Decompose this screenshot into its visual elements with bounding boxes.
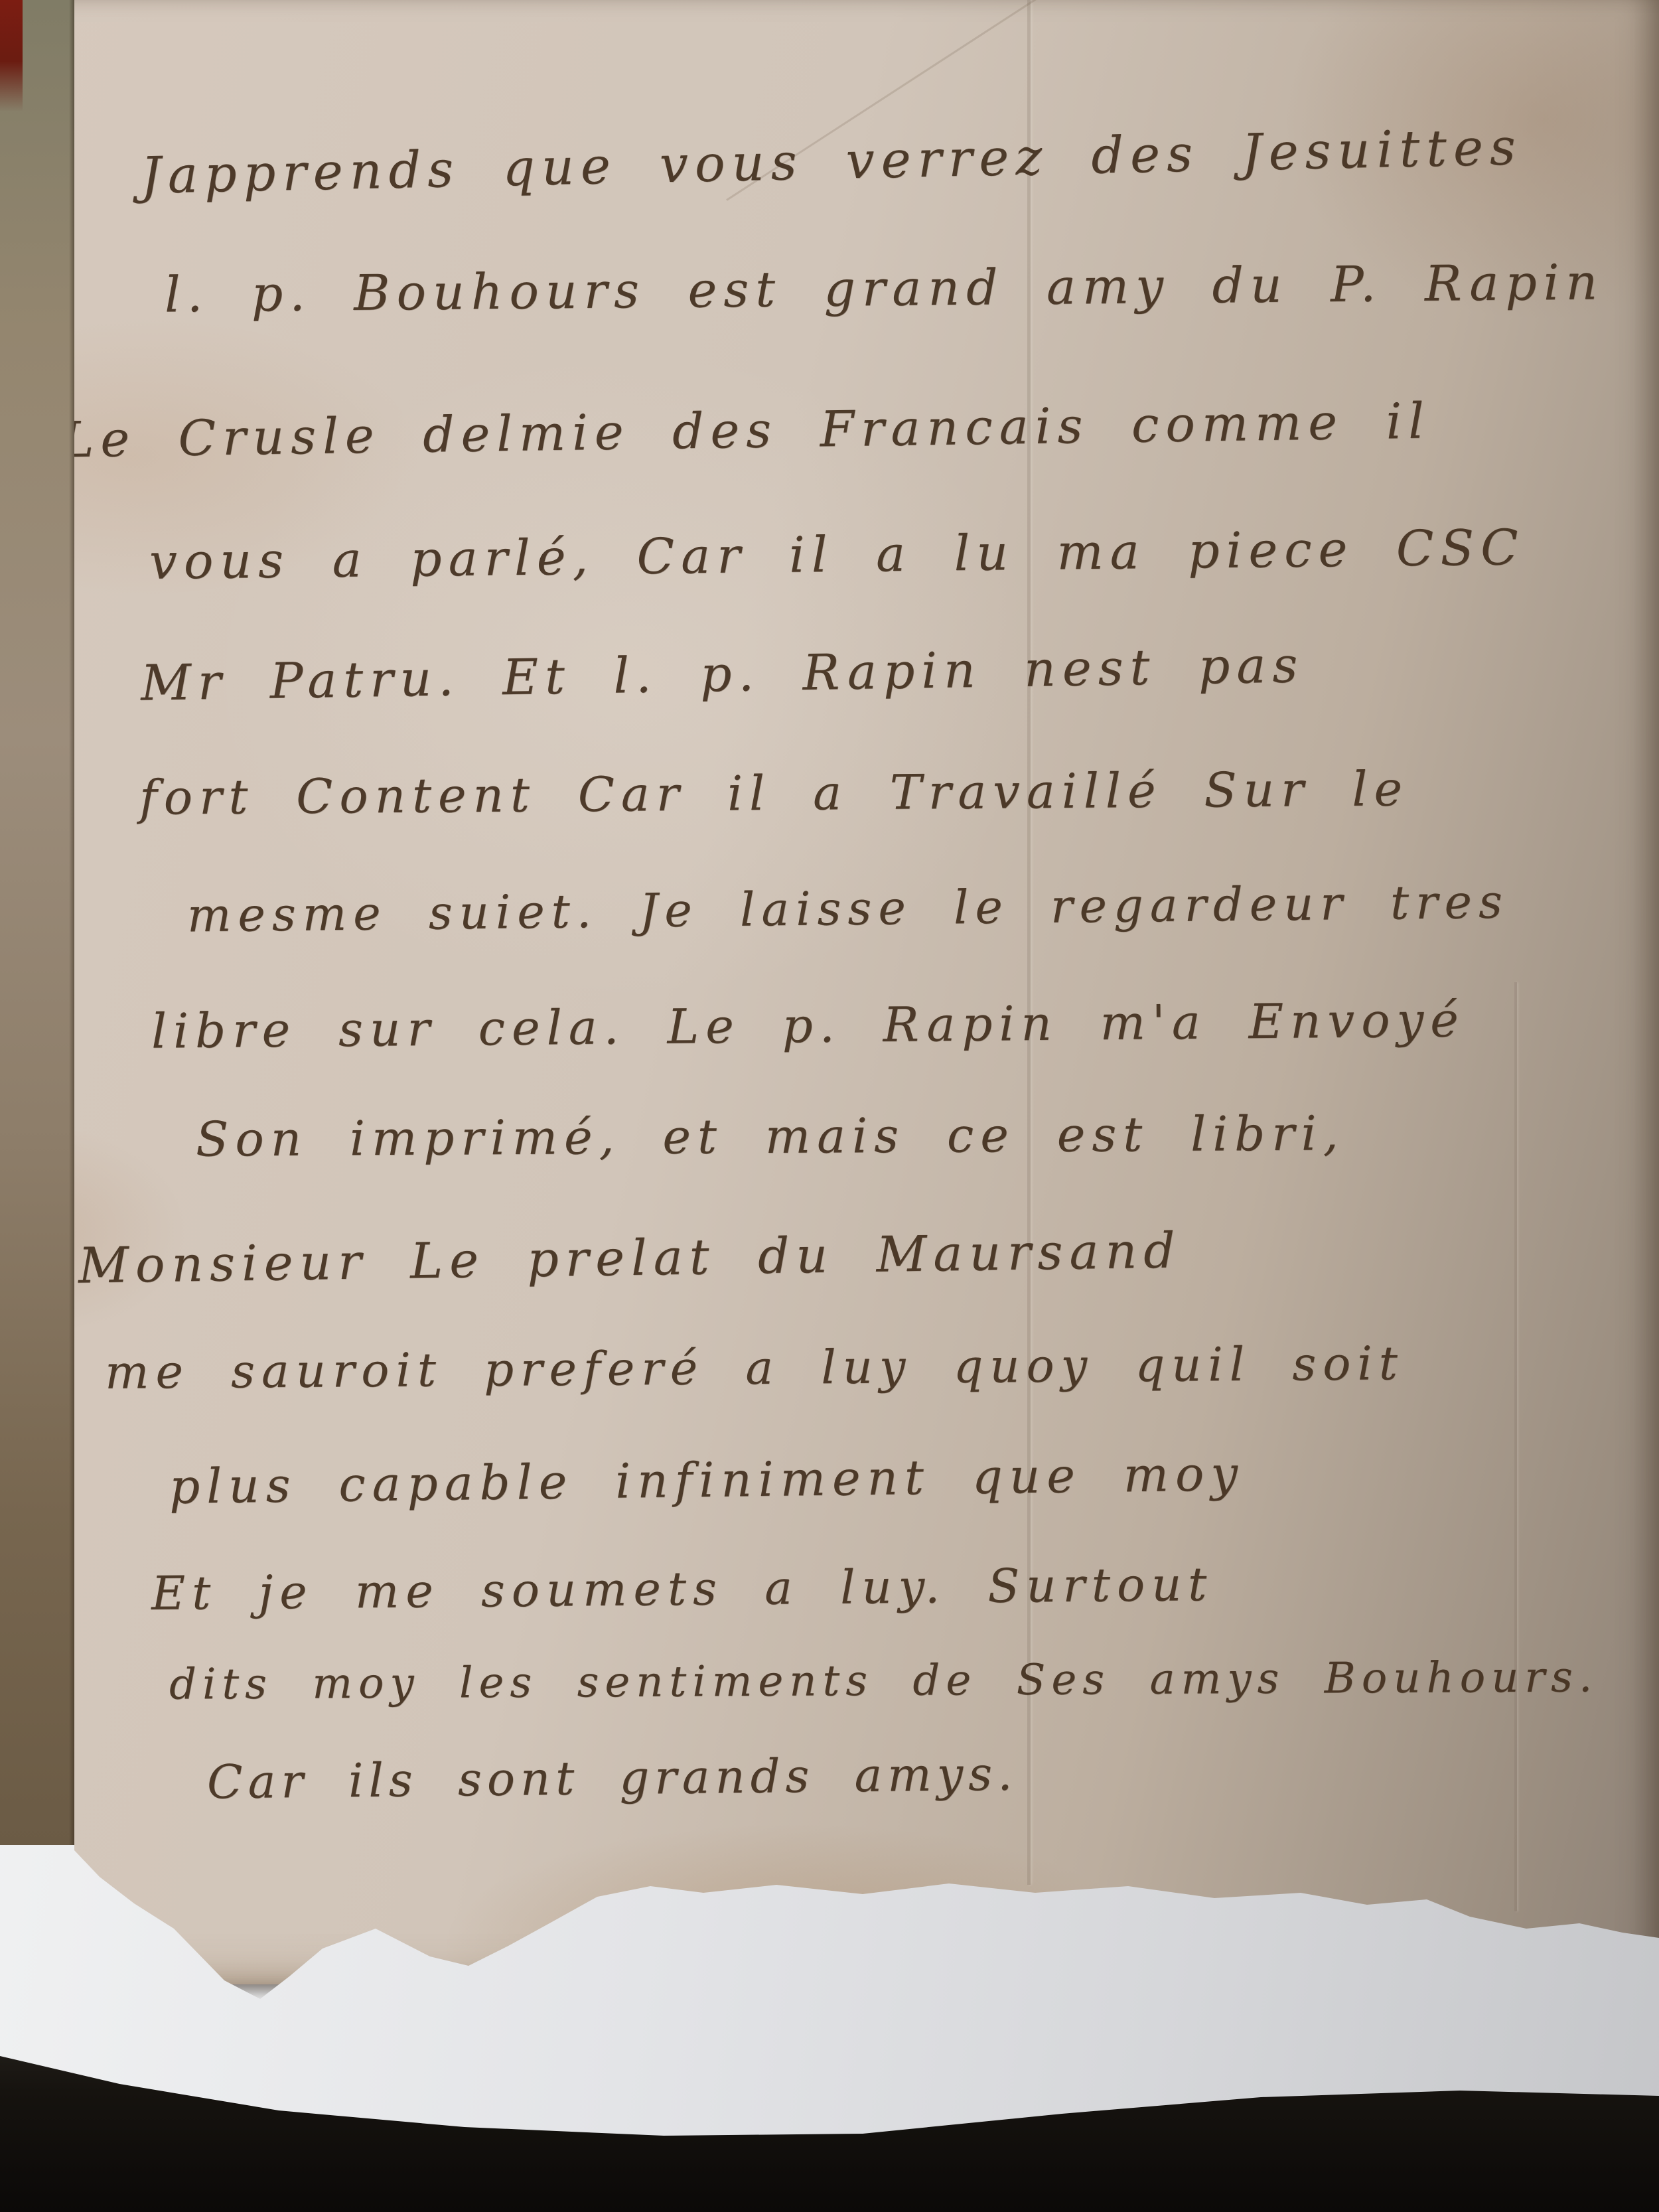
letter-sheet: Japprends que vous verrez des Jesuittes …	[0, 0, 1659, 1984]
handwritten-line: me sauroit preferé a luy quoy quil soit	[105, 1336, 1404, 1400]
handwritten-line: libre sur cela. Le p. Rapin m'a Envoyé	[151, 992, 1465, 1059]
handwritten-line: Car ils sont grands amys.	[207, 1747, 1018, 1810]
red-binding-mark	[0, 0, 23, 111]
handwritten-line: dits moy les sentiments de Ses amys Bouh…	[169, 1653, 1599, 1709]
adjacent-page-edge	[0, 0, 78, 1845]
handwritten-line: fort Content Car il a Travaillé Sur le	[139, 761, 1409, 825]
vertical-fold-crease-right	[1514, 982, 1517, 1911]
handwritten-line: Son imprimé, et mais ce est libri,	[196, 1105, 1345, 1167]
manuscript-photo: Japprends que vous verrez des Jesuittes …	[0, 0, 1659, 2212]
handwritten-line: Et je me soumets a luy. Surtout	[151, 1557, 1214, 1621]
